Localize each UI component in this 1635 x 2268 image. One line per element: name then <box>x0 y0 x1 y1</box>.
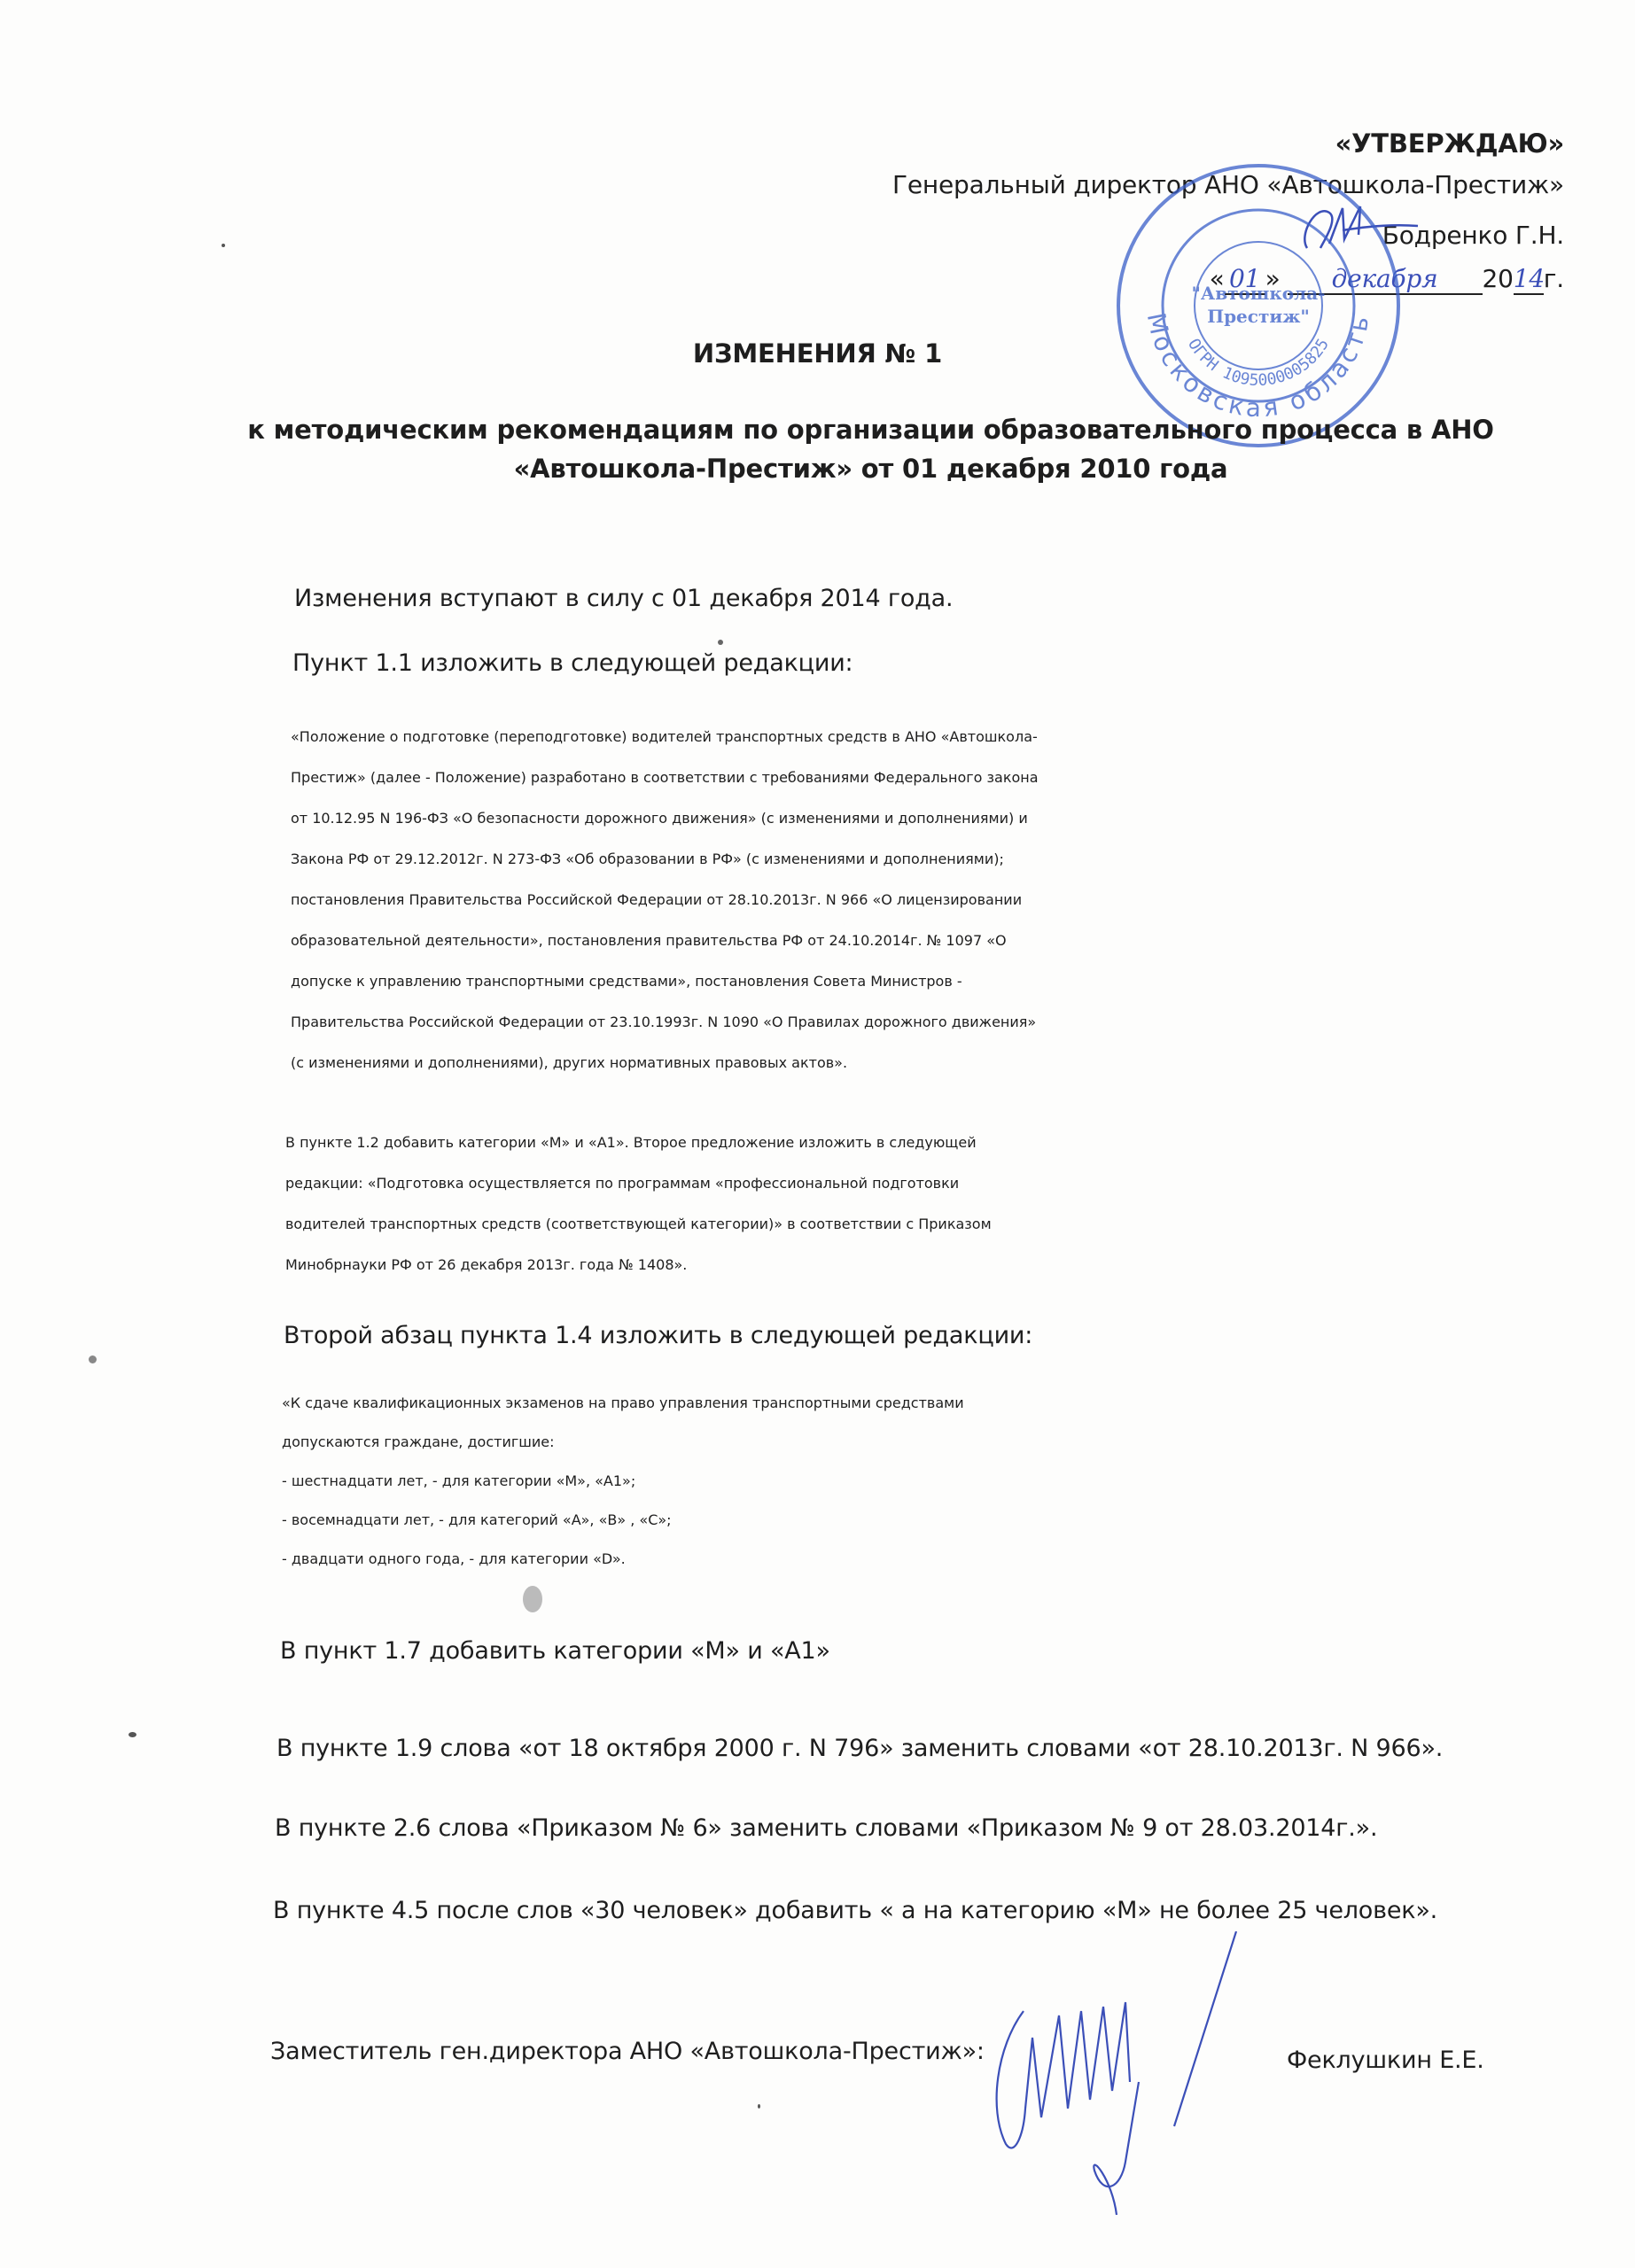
svg-text:"Автошкола-: "Автошкола- <box>1192 283 1326 304</box>
date-year-prefix: 20 <box>1483 264 1514 293</box>
paragraph-line: редакции: «Подготовка осуществляется по … <box>285 1175 959 1192</box>
scan-speck <box>718 640 723 645</box>
document-subtitle-line2: «Автошкола-Престиж» от 01 декабря 2010 г… <box>0 454 1635 484</box>
scan-speck <box>523 1586 542 1612</box>
paragraph-line: водителей транспортных средств (соответс… <box>285 1216 992 1232</box>
clause-2-6-text: В пункте 2.6 слова «Приказом № 6» замени… <box>275 1814 1377 1842</box>
svg-text:Престиж": Престиж" <box>1207 306 1310 327</box>
scan-speck <box>758 2104 760 2109</box>
deputy-position: Заместитель ген.директора АНО «Автошкола… <box>270 2038 985 2065</box>
paragraph-line: постановления Правительства Российской Ф… <box>291 891 1022 908</box>
approval-heading: «УТВЕРЖДАЮ» <box>1335 128 1564 159</box>
paragraph-line: «Положение о подготовке (переподготовке)… <box>291 728 1038 745</box>
date-year-suffix: 14 <box>1514 264 1544 295</box>
organization-stamp-icon: Московская область ОГРН 1095000005825 "А… <box>1112 159 1405 452</box>
paragraph-line: Правительства Российской Федерации от 23… <box>291 1014 1036 1030</box>
scan-speck <box>89 1355 97 1363</box>
deputy-signer: Феклушкин Е.Е. <box>1287 2047 1484 2074</box>
clause-4-5-text: В пункте 4.5 после слов «30 человек» доб… <box>273 1897 1437 1924</box>
paragraph-line: В пункте 1.2 добавить категории «М» и «А… <box>285 1134 977 1151</box>
list-item: - восемнадцати лет, - для категорий «А»,… <box>282 1511 672 1528</box>
date-suffix: г. <box>1544 264 1564 293</box>
paragraph-line: Минобрнауки РФ от 26 декабря 2013г. года… <box>285 1256 687 1273</box>
clause-1-1-intro: Пункт 1.1 изложить в следующей редакции: <box>292 649 853 677</box>
paragraph-line: образовательной деятельности», постановл… <box>291 932 1007 949</box>
paragraph-line: допуске к управлению транспортными средс… <box>291 973 962 990</box>
effective-date-paragraph: Изменения вступают в силу с 01 декабря 2… <box>294 585 953 612</box>
clause-1-9-text: В пункте 1.9 слова «от 18 октября 2000 г… <box>276 1735 1443 1762</box>
document-title: ИЗМЕНЕНИЯ № 1 <box>0 338 1635 369</box>
scan-speck <box>128 1732 136 1737</box>
scan-speck <box>222 244 225 247</box>
clause-1-4-intro: Второй абзац пункта 1.4 изложить в следу… <box>284 1322 1032 1349</box>
deputy-signature-icon <box>970 1931 1272 2224</box>
paragraph-line: допускаются граждане, достигшие: <box>282 1433 555 1450</box>
list-item: - двадцати одного года, - для категории … <box>282 1550 626 1567</box>
list-item: - шестнадцати лет, - для категории «М», … <box>282 1472 635 1489</box>
paragraph-line: (с изменениями и дополнениями), других н… <box>291 1054 847 1071</box>
paragraph-line: от 10.12.95 N 196-ФЗ «О безопасности дор… <box>291 810 1028 827</box>
document-subtitle-line1: к методическим рекомендациям по организа… <box>0 415 1635 445</box>
paragraph-line: «К сдаче квалификационных экзаменов на п… <box>282 1394 964 1411</box>
clause-1-7-text: В пункт 1.7 добавить категории «М» и «А1… <box>280 1637 830 1665</box>
paragraph-line: Престиж» (далее - Положение) разработано… <box>291 769 1039 786</box>
paragraph-line: Закона РФ от 29.12.2012г. N 273-ФЗ «Об о… <box>291 850 1004 867</box>
